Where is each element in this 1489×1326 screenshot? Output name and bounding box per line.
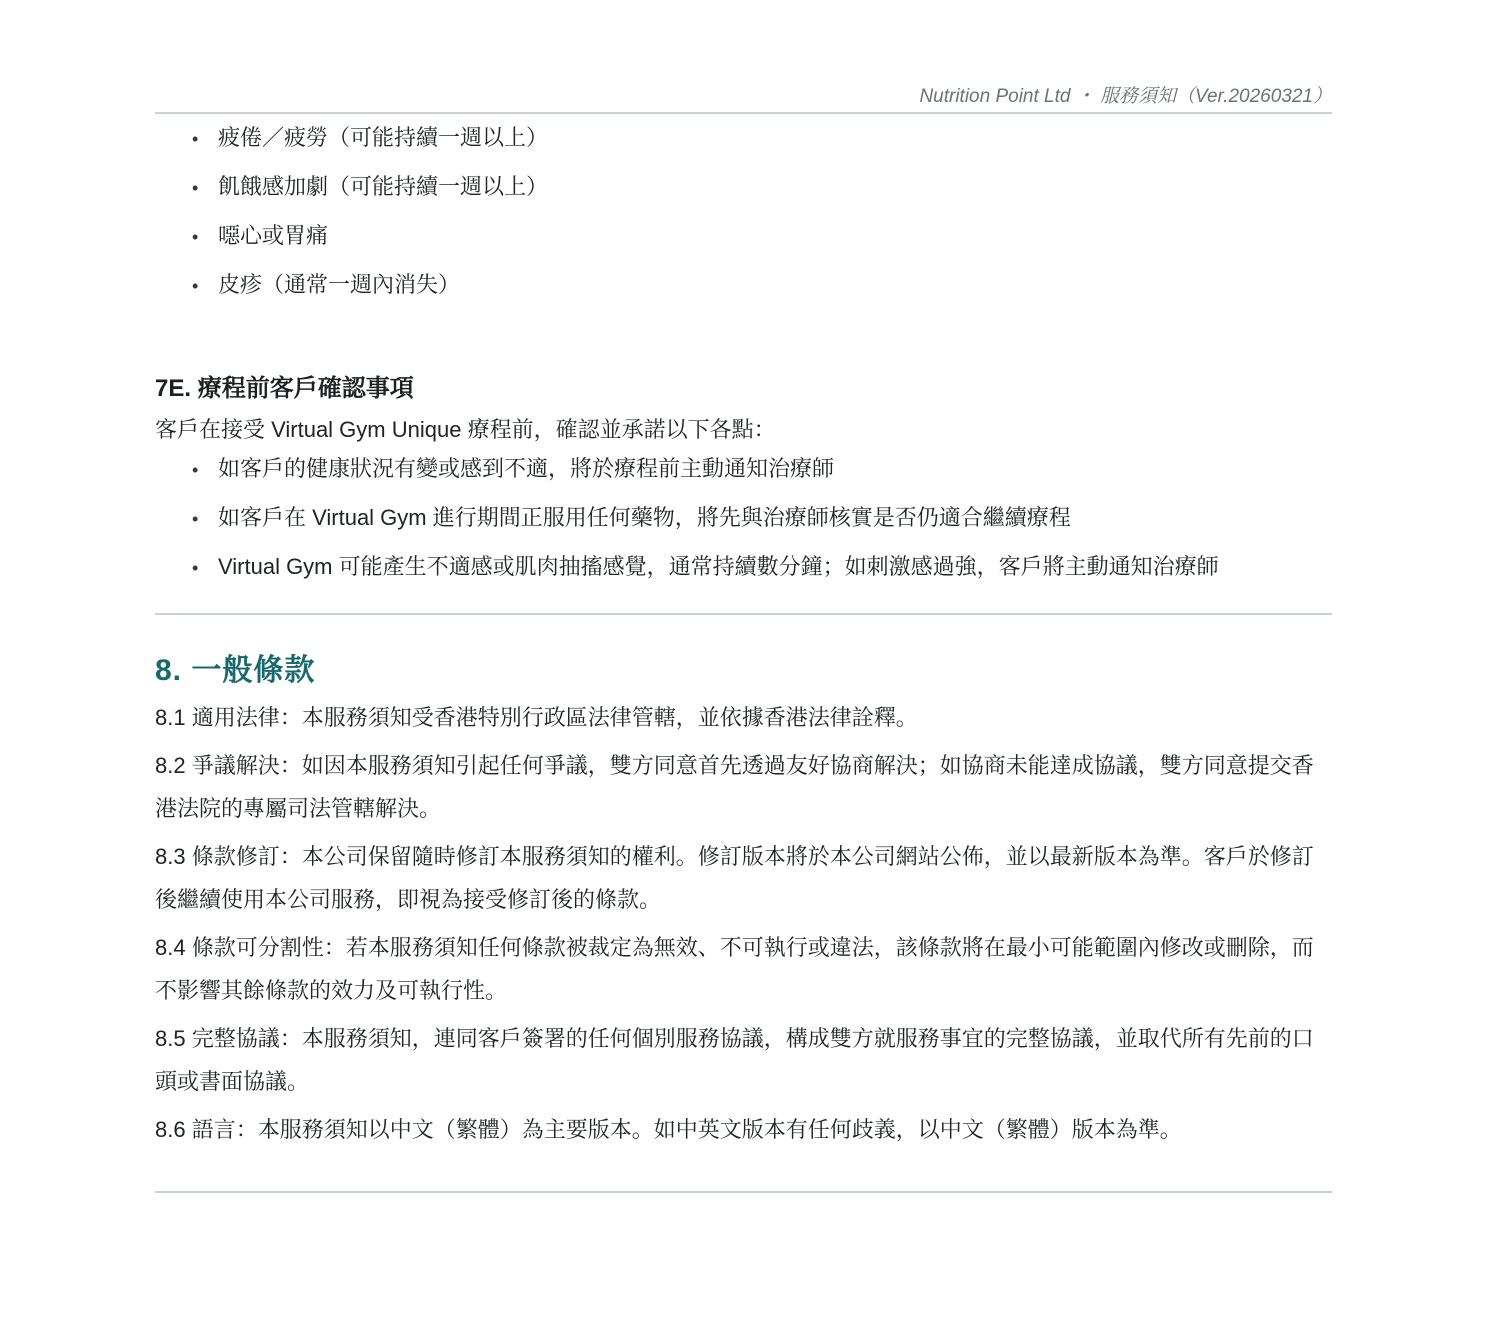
- bullet-icon: •: [192, 496, 218, 543]
- list-item-text: 如客戶的健康狀況有變或感到不適，將於療程前主動通知治療師: [218, 456, 834, 481]
- bullet-icon: •: [192, 263, 218, 310]
- list-item: •噁心或胃痛: [155, 212, 1332, 261]
- bullet-icon: •: [192, 447, 218, 494]
- section-7e-confirmation-list: •如客戶的健康狀況有變或感到不適，將於療程前主動通知治療師 •如客戶在 Virt…: [155, 445, 1332, 592]
- list-item: •皮疹（通常一週內消失）: [155, 261, 1332, 310]
- clause-8-5: 8.5 完整協議：本服務須知，連同客戶簽署的任何個別服務協議，構成雙方就服務事宜…: [155, 1017, 1332, 1103]
- document-header-title: Nutrition Point Ltd ・ 服務須知（Ver.20260321）: [155, 0, 1332, 108]
- bullet-icon: •: [192, 545, 218, 592]
- clause-8-1: 8.1 適用法律：本服務須知受香港特別行政區法律管轄，並依據香港法律詮釋。: [155, 696, 1332, 739]
- list-item-text: 如客戶在 Virtual Gym 進行期間正服用任何藥物，將先與治療師核實是否仍…: [218, 505, 1071, 530]
- list-item-text: 噁心或胃痛: [218, 223, 328, 248]
- bullet-icon: •: [192, 214, 218, 261]
- clause-8-2: 8.2 爭議解決：如因本服務須知引起任何爭議，雙方同意首先透過友好協商解決；如協…: [155, 744, 1332, 830]
- clause-8-4: 8.4 條款可分割性：若本服務須知任何條款被裁定為無效、不可執行或違法，該條款將…: [155, 926, 1332, 1012]
- section-divider: [155, 613, 1332, 615]
- list-item: •疲倦／疲勞（可能持續一週以上）: [155, 114, 1332, 163]
- list-item: •如客戶在 Virtual Gym 進行期間正服用任何藥物，將先與治療師核實是否…: [155, 494, 1332, 543]
- list-item-text: 疲倦／疲勞（可能持續一週以上）: [218, 125, 548, 150]
- bullet-icon: •: [192, 116, 218, 163]
- bullet-icon: •: [192, 165, 218, 212]
- list-item-text: Virtual Gym 可能產生不適感或肌肉抽搐感覺，通常持續數分鐘；如刺激感過…: [218, 554, 1219, 579]
- list-item-text: 皮疹（通常一週內消失）: [218, 272, 460, 297]
- document-page: Nutrition Point Ltd ・ 服務須知（Ver.20260321）…: [0, 0, 1489, 1326]
- section-8-heading: 8. 一般條款: [155, 654, 1332, 688]
- list-item: •如客戶的健康狀況有變或感到不適，將於療程前主動通知治療師: [155, 445, 1332, 494]
- section-7e-heading: 7E. 療程前客戶確認事項: [155, 375, 1332, 403]
- clause-8-6: 8.6 語言：本服務須知以中文（繁體）為主要版本。如中英文版本有任何歧義，以中文…: [155, 1108, 1332, 1151]
- list-item: •飢餓感加劇（可能持續一週以上）: [155, 163, 1332, 212]
- footer-divider: [155, 1191, 1332, 1193]
- side-effects-list: •疲倦／疲勞（可能持續一週以上） •飢餓感加劇（可能持續一週以上） •噁心或胃痛…: [155, 114, 1332, 310]
- section-7e-intro: 客戶在接受 Virtual Gym Unique 療程前，確認並承諾以下各點：: [155, 415, 1332, 445]
- clause-8-3: 8.3 條款修訂：本公司保留隨時修訂本服務須知的權利。修訂版本將於本公司網站公佈…: [155, 835, 1332, 921]
- list-item: •Virtual Gym 可能產生不適感或肌肉抽搐感覺，通常持續數分鐘；如刺激感…: [155, 543, 1332, 592]
- list-item-text: 飢餓感加劇（可能持續一週以上）: [218, 174, 548, 199]
